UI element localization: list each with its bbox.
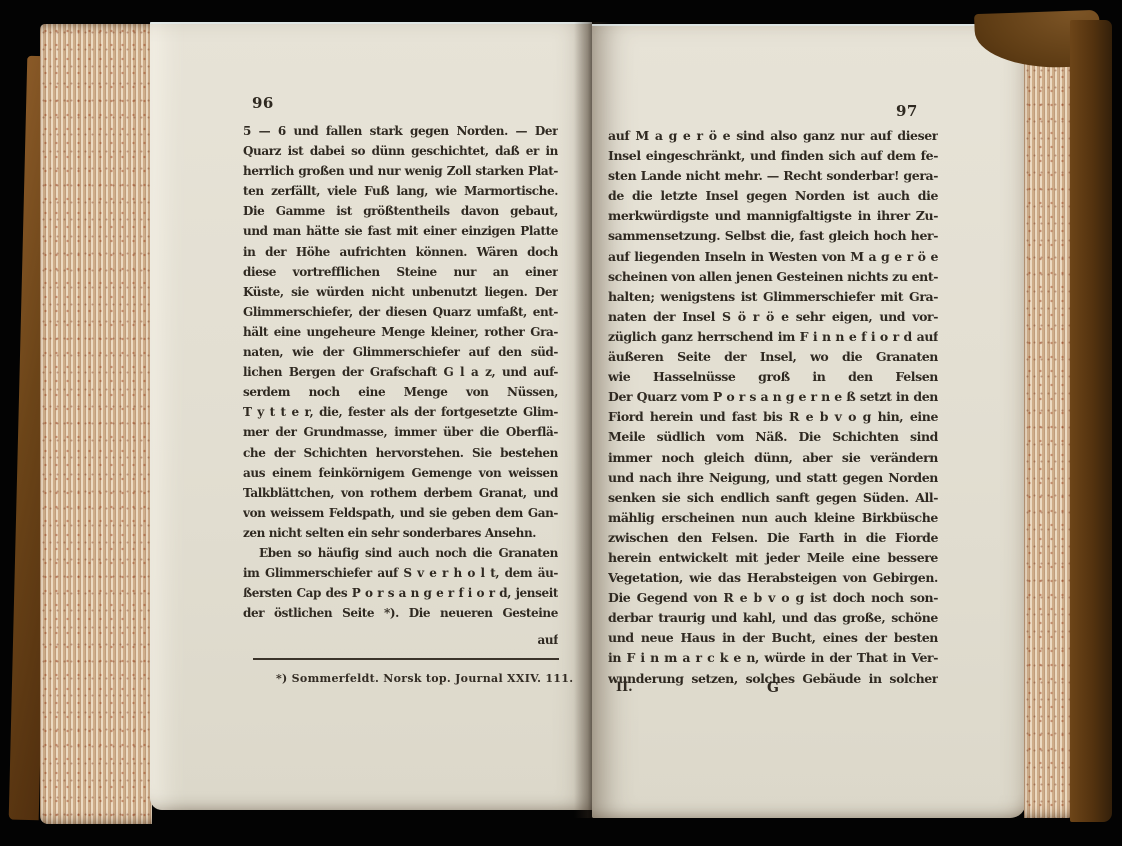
text-block-right: auf M a g e r ö e sind also ganz nur auf… [608, 126, 938, 689]
text-line: von weissem Feldspath, und sie geben dem… [243, 503, 558, 523]
text-line: hält eine ungeheure Menge kleiner, rothe… [243, 322, 558, 342]
text-line: Meile südlich vom Näß. Die Schichten sin… [608, 427, 938, 447]
text-line: herein entwickelt mit jeder Meile eine b… [608, 548, 938, 568]
text-line: Eben so häufig sind auch noch die Granat… [243, 543, 558, 563]
text-line: im Glimmerschiefer auf S v e r h o l t, … [243, 563, 558, 583]
text-line: und neue Haus in der Bucht, eines der be… [608, 628, 938, 648]
text-line: in F i n m a r c k e n, würde in der Tha… [608, 648, 938, 668]
text-line: wie Hasselnüsse groß in den Felsen umher… [608, 367, 938, 387]
page-number-right: 97 [896, 102, 918, 120]
text-line: lichen Bergen der Grafschaft G l a z, un… [243, 362, 558, 382]
text-line: scheinen von allen jenen Gesteinen nicht… [608, 267, 938, 287]
text-line: sammensetzung. Selbst die, fast gleich h… [608, 226, 938, 246]
text-line: ßersten Cap des P o r s a n g e r f i o … [243, 583, 558, 603]
text-line: auf M a g e r ö e sind also ganz nur auf… [608, 126, 938, 146]
text-line: Küste, sie würden nicht unbenutzt liegen… [243, 282, 558, 302]
text-line: mer der Grundmasse, immer über die Oberf… [243, 422, 558, 442]
page-96: 96 5 — 6 und fallen stark gegen Norden. … [150, 22, 592, 810]
text-line: und nach ihre Neigung, und statt gegen N… [608, 468, 938, 488]
footnote-rule [253, 658, 559, 660]
text-line: und man hätte sie fast mit einer einzige… [243, 221, 558, 241]
page-number-left: 96 [252, 94, 274, 112]
text-line: T y t t e r, die, fester als der fortges… [243, 402, 558, 422]
text-line: serdem noch eine Menge von Nüssen, sogen… [243, 382, 558, 402]
text-line: auf liegenden Inseln in Westen von M a g… [608, 247, 938, 267]
text-line: aus einem feinkörnigem Gemenge von weiss… [243, 463, 558, 483]
text-line: auf [243, 630, 558, 650]
gathering-letter: G [608, 680, 938, 696]
text-line: diese vortrefflichen Steine nur an einer… [243, 262, 558, 282]
text-line: Die Gegend von R e b v o g ist doch noch… [608, 588, 938, 608]
text-line: Vegetation, wie das Herabsteigen von Geb… [608, 568, 938, 588]
text-line: halten; wenigstens ist Glimmerschiefer m… [608, 287, 938, 307]
text-line: Fiord herein und fast bis R e b v o g hi… [608, 407, 938, 427]
fore-edge-left [40, 24, 152, 824]
book-scan: 96 5 — 6 und fallen stark gegen Norden. … [0, 0, 1122, 846]
text-line: immer noch gleich dünn, aber sie verände… [608, 448, 938, 468]
text-line: äußeren Seite der Insel, wo die Granaten [608, 347, 938, 367]
text-line: naten, wie der Glimmerschiefer auf den s… [243, 342, 558, 362]
text-line: herrlich großen und nur wenig Zoll stark… [243, 161, 558, 181]
text-line: Glimmerschiefer, der diesen Quarz umfaßt… [243, 302, 558, 322]
text-line: der östlichen Seite *). Die neueren Gest… [243, 603, 558, 623]
text-line: senken sie sich endlich sanft gegen Süde… [608, 488, 938, 508]
text-line: zen nicht selten ein sehr sonderbares An… [243, 523, 558, 543]
page-97: 97 auf M a g e r ö e sind also ganz nur … [592, 24, 1026, 818]
text-line: Der Quarz vom P o r s a n g e r n e ß se… [608, 387, 938, 407]
footnote: *) Sommerfeldt. Norsk top. Journal XXIV.… [276, 672, 576, 685]
text-line: Insel eingeschränkt, und finden sich auf… [608, 146, 938, 166]
text-line: derbar traurig und kahl, und das große, … [608, 608, 938, 628]
text-line: in der Höhe aufrichten können. Wären doc… [243, 242, 558, 262]
signature-row: II. G [608, 680, 938, 700]
text-line: mählig erscheinen nun auch kleine Birkbü… [608, 508, 938, 528]
text-line: 5 — 6 und fallen stark gegen Norden. — D… [243, 121, 558, 141]
text-block-left: 5 — 6 und fallen stark gegen Norden. — D… [243, 121, 558, 650]
text-line: che der Schichten hervorstehen. Sie best… [243, 443, 558, 463]
book-cover-right [1070, 20, 1112, 822]
text-line: züglich ganz herrschend im F i n n e f i… [608, 327, 938, 347]
fore-edge-right [1024, 28, 1074, 818]
text-line: de die letzte Insel gegen Norden ist auc… [608, 186, 938, 206]
text-line: merkwürdigste und mannigfaltigste in ihr… [608, 206, 938, 226]
text-line: Die Gamme ist größtentheils davon gebaut… [243, 201, 558, 221]
text-line: sten Lande nicht mehr. — Recht sonderbar… [608, 166, 938, 186]
text-line: ten zerfällt, viele Fuß lang, wie Marmor… [243, 181, 558, 201]
text-line: naten der Insel S ö r ö e sehr eigen, un… [608, 307, 938, 327]
text-line: Quarz ist dabei so dünn geschichtet, daß… [243, 141, 558, 161]
text-line: Talkblättchen, von rothem derbem Granat,… [243, 483, 558, 503]
text-line: zwischen den Felsen. Die Farth in die Fi… [608, 528, 938, 548]
